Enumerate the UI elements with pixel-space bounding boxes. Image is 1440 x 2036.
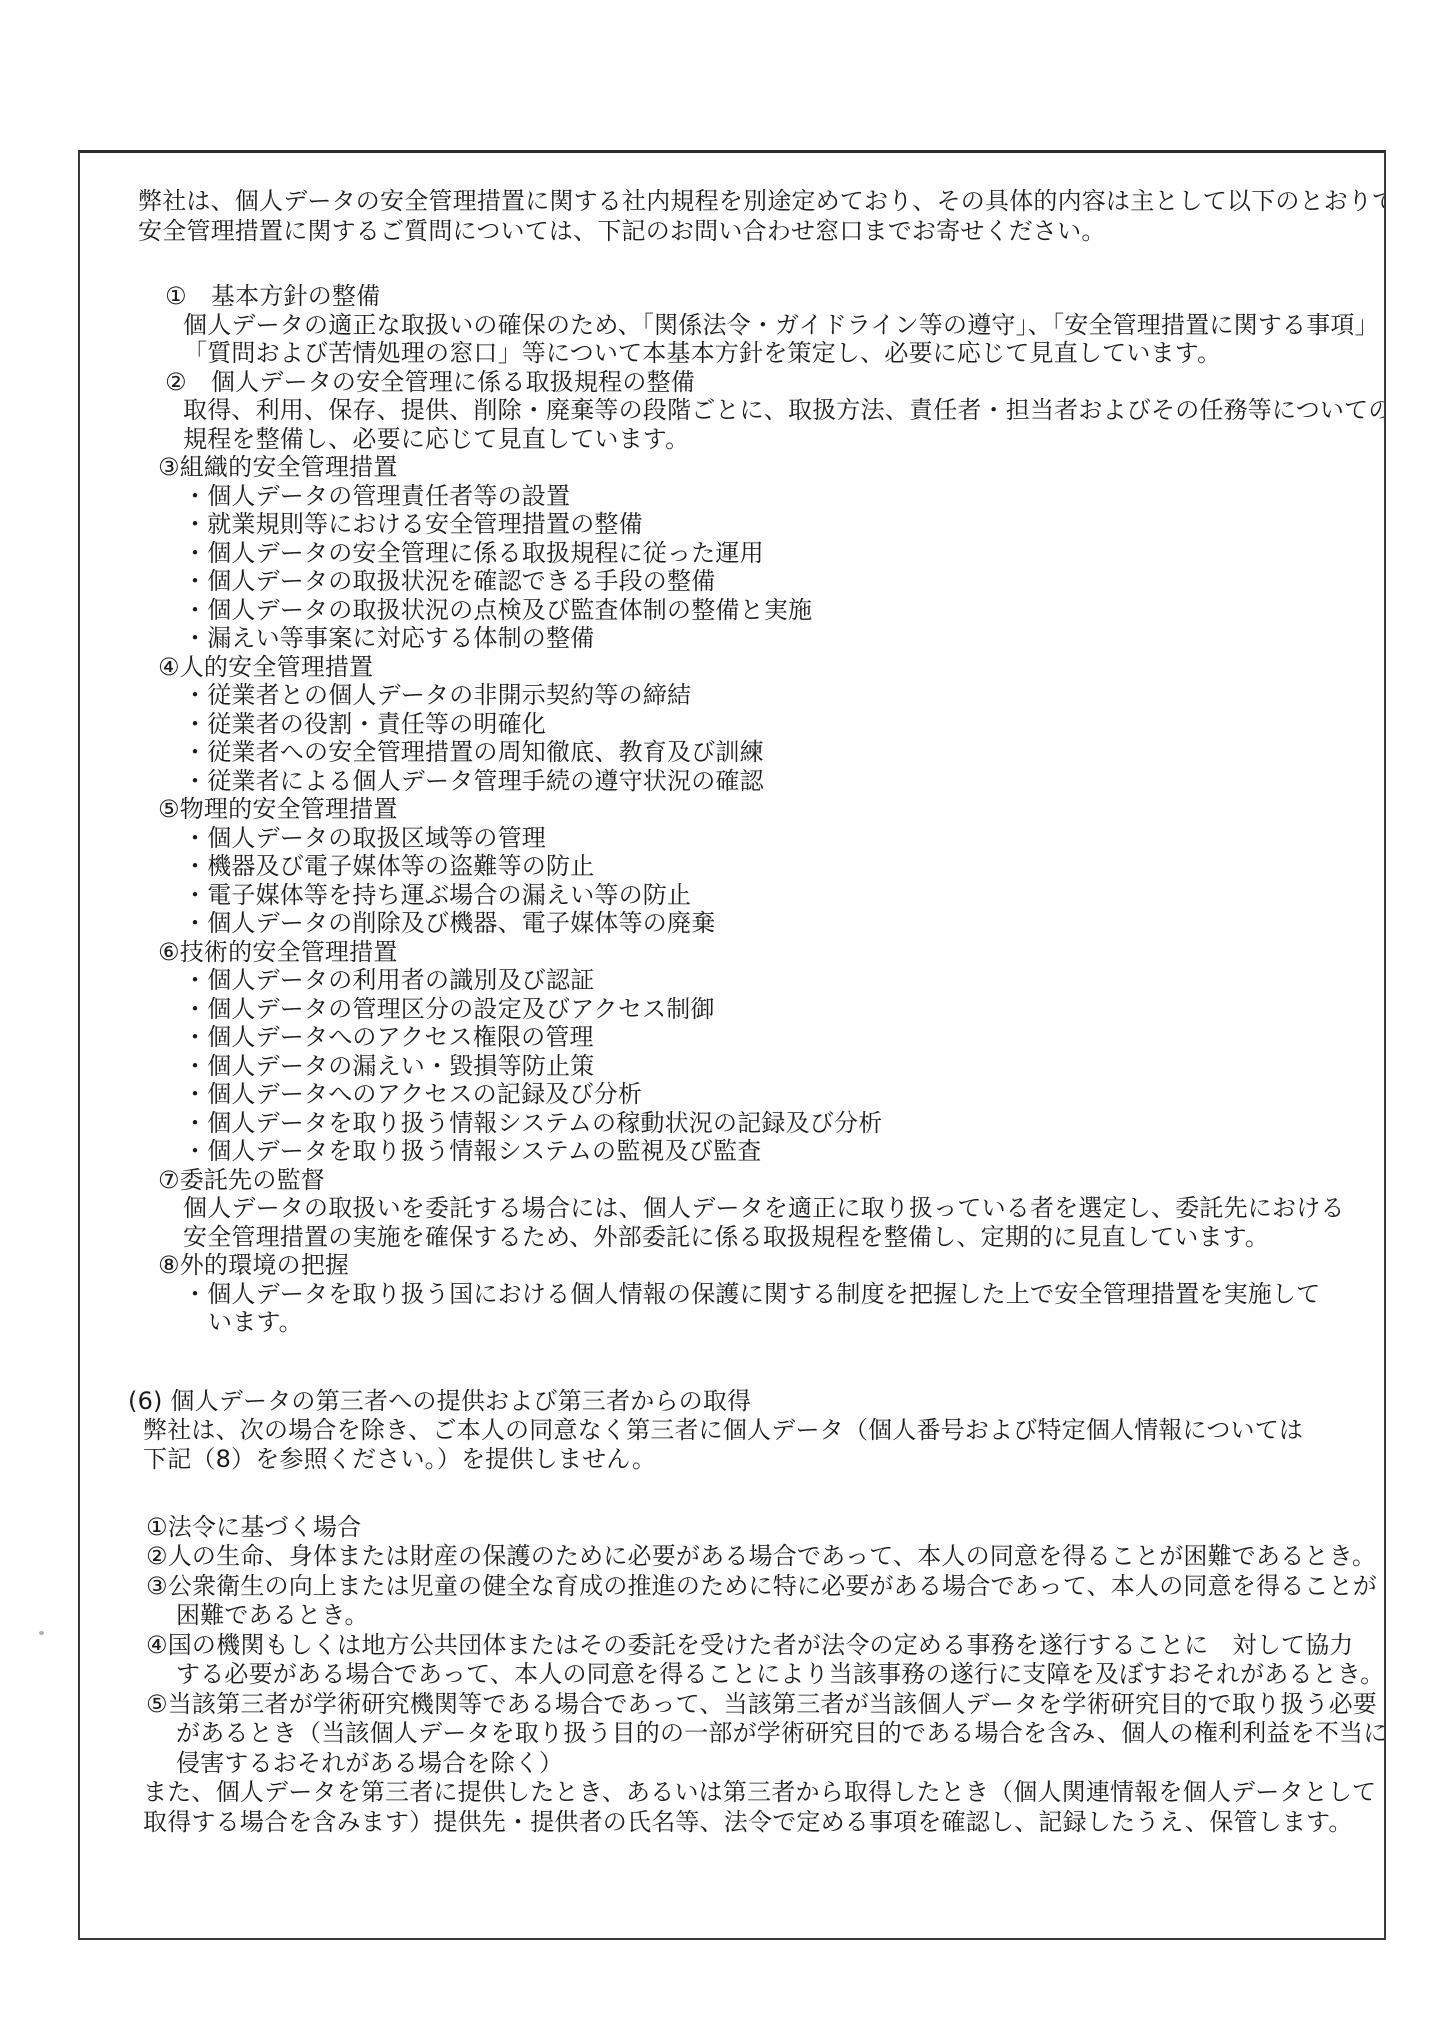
text-line: また、個人データを第三者に提供したとき、あるいは第三者から取得したとき（個人関連… <box>80 1778 1384 1808</box>
text-line: 安全管理措置の実施を確保するため、外部委託に係る取扱規程を整備し、定期的に見直し… <box>80 1223 1384 1252</box>
text-line: ・個人データの取扱状況の点検及び監査体制の整備と実施 <box>80 596 1384 625</box>
text-line: (6) 個人データの第三者への提供および第三者からの取得 <box>80 1387 1384 1416</box>
text-line: 困難であるとき。 <box>80 1601 1384 1631</box>
text-line: 規程を整備し、必要に応じて見直しています。 <box>80 425 1384 454</box>
text-line: ⑤物理的安全管理措置 <box>80 795 1384 824</box>
text-line: ・個人データを取り扱う情報システムの稼動状況の記録及び分析 <box>80 1109 1384 1138</box>
text-line: ⑦委託先の監督 <box>80 1166 1384 1195</box>
text-line: 安全管理措置に関するご質問については、下記のお問い合わせ窓口までお寄せください。 <box>80 216 1384 246</box>
text-line: 個人データの適正な取扱いの確保のため、「関係法令・ガイドライン等の遵守」、「安全… <box>80 311 1384 340</box>
text-line: 弊社は、次の場合を除き、ご本人の同意なく第三者に個人データ（個人番号および特定個… <box>80 1416 1384 1445</box>
scan-artifact-dot <box>39 1631 44 1635</box>
text-line: ・従業者の役割・責任等の明確化 <box>80 710 1384 739</box>
text-line: ③組織的安全管理措置 <box>80 453 1384 482</box>
third-party-cases: ①法令に基づく場合②人の生命、身体または財産の保護のために必要がある場合であって… <box>80 1513 1384 1838</box>
document-border-frame: 弊社は、個人データの安全管理措置に関する社内規程を別途定めており、その具体的内容… <box>78 150 1386 1940</box>
text-line: ・個人データへのアクセス権限の管理 <box>80 1023 1384 1052</box>
text-line: ② 個人データの安全管理に係る取扱規程の整備 <box>80 368 1384 397</box>
text-line: ・個人データの取扱区域等の管理 <box>80 824 1384 853</box>
text-line: ・個人データの削除及び機器、電子媒体等の廃棄 <box>80 909 1384 938</box>
text-line: ・就業規則等における安全管理措置の整備 <box>80 510 1384 539</box>
text-line: ④国の機関もしくは地方公共団体またはその委託を受けた者が法令の定める事務を遂行す… <box>80 1631 1384 1661</box>
text-line: 弊社は、個人データの安全管理措置に関する社内規程を別途定めており、その具体的内容… <box>80 186 1384 216</box>
text-line: 取得する場合を含みます）提供先・提供者の氏名等、法令で定める事項を確認し、記録し… <box>80 1808 1384 1838</box>
text-line: ・個人データを取り扱う情報システムの監視及び監査 <box>80 1137 1384 1166</box>
text-line: います。 <box>80 1308 1384 1337</box>
text-line: 「質問および苦情処理の窓口」等について本基本方針を策定し、必要に応じて見直してい… <box>80 339 1384 368</box>
text-line: 個人データの取扱いを委託する場合には、個人データを適正に取り扱っている者を選定し… <box>80 1194 1384 1223</box>
text-line: ③公衆衛生の向上または児童の健全な育成の推進のために特に必要がある場合であって、… <box>80 1572 1384 1602</box>
text-line: ・個人データを取り扱う国における個人情報の保護に関する制度を把握した上で安全管理… <box>80 1280 1384 1309</box>
scanned-document-page: 弊社は、個人データの安全管理措置に関する社内規程を別途定めており、その具体的内容… <box>0 0 1440 2036</box>
text-line: 下記（8）を参照ください。）を提供しません。 <box>80 1445 1384 1474</box>
text-line: ⑥技術的安全管理措置 <box>80 938 1384 967</box>
third-party-section: (6) 個人データの第三者への提供および第三者からの取得弊社は、次の場合を除き、… <box>80 1387 1384 1474</box>
text-line: ・個人データの利用者の識別及び認証 <box>80 966 1384 995</box>
text-line: する必要がある場合であって、本人の同意を得ることにより当該事務の遂行に支障を及ぼ… <box>80 1660 1384 1690</box>
text-line: ・従業者への安全管理措置の周知徹底、教育及び訓練 <box>80 738 1384 767</box>
text-line: ・機器及び電子媒体等の盗難等の防止 <box>80 852 1384 881</box>
document-content: 弊社は、個人データの安全管理措置に関する社内規程を別途定めており、その具体的内容… <box>80 153 1384 1938</box>
text-line: ・個人データの管理区分の設定及びアクセス制御 <box>80 995 1384 1024</box>
text-line: ④人的安全管理措置 <box>80 653 1384 682</box>
text-line: ・個人データの安全管理に係る取扱規程に従った運用 <box>80 539 1384 568</box>
text-line: があるとき（当該個人データを取り扱う目的の一部が学術研究目的である場合を含み、個… <box>80 1719 1384 1749</box>
text-line: ① 基本方針の整備 <box>80 282 1384 311</box>
text-line: 取得、利用、保存、提供、削除・廃棄等の段階ごとに、取扱方法、責任者・担当者および… <box>80 396 1384 425</box>
text-line: ①法令に基づく場合 <box>80 1513 1384 1543</box>
text-line: ・個人データへのアクセスの記録及び分析 <box>80 1080 1384 1109</box>
intro-paragraph: 弊社は、個人データの安全管理措置に関する社内規程を別途定めており、その具体的内容… <box>80 186 1384 246</box>
text-line: ・個人データの取扱状況を確認できる手段の整備 <box>80 567 1384 596</box>
text-line: ・従業者との個人データの非開示契約等の締結 <box>80 681 1384 710</box>
text-line: ・個人データの管理責任者等の設置 <box>80 482 1384 511</box>
text-line: ⑧外的環境の把握 <box>80 1251 1384 1280</box>
text-line: ・個人データの漏えい・毀損等防止策 <box>80 1052 1384 1081</box>
security-measures-list: ① 基本方針の整備個人データの適正な取扱いの確保のため、「関係法令・ガイドライン… <box>80 282 1384 1337</box>
text-line: ⑤当該第三者が学術研究機関等である場合であって、当該第三者が当該個人データを学術… <box>80 1690 1384 1720</box>
text-line: 侵害するおそれがある場合を除く） <box>80 1749 1384 1779</box>
text-line: ・漏えい等事案に対応する体制の整備 <box>80 624 1384 653</box>
text-line: ②人の生命、身体または財産の保護のために必要がある場合であって、本人の同意を得る… <box>80 1542 1384 1572</box>
text-line: ・従業者による個人データ管理手続の遵守状況の確認 <box>80 767 1384 796</box>
text-line: ・電子媒体等を持ち運ぶ場合の漏えい等の防止 <box>80 881 1384 910</box>
